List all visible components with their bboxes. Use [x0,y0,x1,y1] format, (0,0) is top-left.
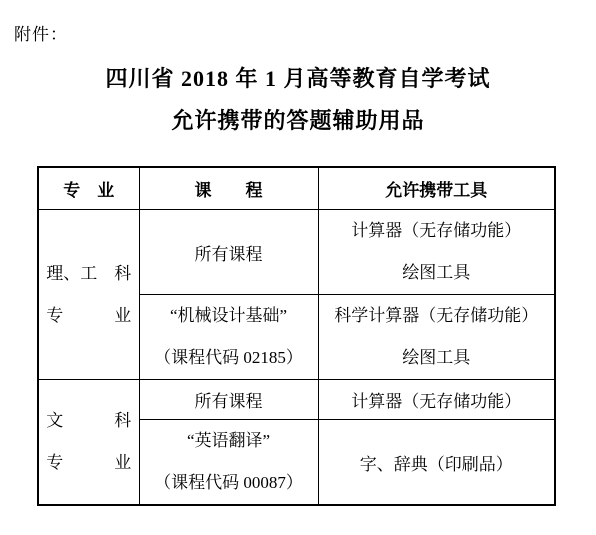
table-row: 理、工 科 专 业 所有课程 计算器（无存储功能） 绘图工具 [38,210,555,295]
tools-cell-calculator: 计算器（无存储功能） [318,380,555,420]
document-title: 四川省 2018 年 1 月高等教育自学考试 允许携带的答题辅助用品 [0,58,596,142]
course-cell-english-translation: “英语翻译” （课程代码 00087） [139,420,318,506]
tools-line: 计算器（无存储功能） [319,387,555,412]
tools-cell-dictionary: 字、辞典（印刷品） [318,420,555,506]
course-cell-all-courses-arts: 所有课程 [139,380,318,420]
header-cell-major: 专 业 [38,167,139,210]
course-cell-mechanical-design: “机械设计基础” （课程代码 02185） [139,295,318,380]
document-title-line1: 四川省 2018 年 1 月高等教育自学考试 [0,58,596,100]
attachment-label: 附件： [14,24,68,46]
header-cell-course: 课 程 [139,167,318,210]
table-header-row: 专 业 课 程 允许携带工具 [38,167,555,210]
tools-line: 计算器（无存储功能） [319,210,555,252]
document-page: 附件： 四川省 2018 年 1 月高等教育自学考试 允许携带的答题辅助用品 专… [0,0,596,535]
permitted-tools-table: 专 业 课 程 允许携带工具 理、工 科 专 业 所有课程 计算器（无存储功能）… [37,166,556,506]
tools-line: 科学计算器（无存储功能） [319,295,555,337]
major-line: 理、工 科 [39,253,139,295]
tools-cell-scientific-calculator-drawing: 科学计算器（无存储功能） 绘图工具 [318,295,555,380]
tools-line: 字、辞典（印刷品） [319,450,555,475]
major-cell-science-engineering: 理、工 科 专 业 [38,210,139,380]
course-line: “英语翻译” [140,420,318,462]
course-line: （课程代码 00087） [140,462,318,504]
course-line: “机械设计基础” [140,295,318,337]
course-line: 所有课程 [140,387,318,412]
course-cell-all-courses-sci: 所有课程 [139,210,318,295]
major-line: 文 科 [39,400,139,442]
document-title-line2: 允许携带的答题辅助用品 [0,100,596,142]
tools-line: 绘图工具 [319,252,555,294]
major-line: 专 业 [39,295,139,337]
course-line: （课程代码 02185） [140,337,318,379]
tools-cell-calculator-drawing: 计算器（无存储功能） 绘图工具 [318,210,555,295]
major-line: 专 业 [39,442,139,484]
course-line: 所有课程 [140,240,318,265]
table-row: 文 科 专 业 所有课程 计算器（无存储功能） [38,380,555,420]
tools-line: 绘图工具 [319,337,555,379]
major-cell-liberal-arts: 文 科 专 业 [38,380,139,506]
header-cell-tools: 允许携带工具 [318,167,555,210]
